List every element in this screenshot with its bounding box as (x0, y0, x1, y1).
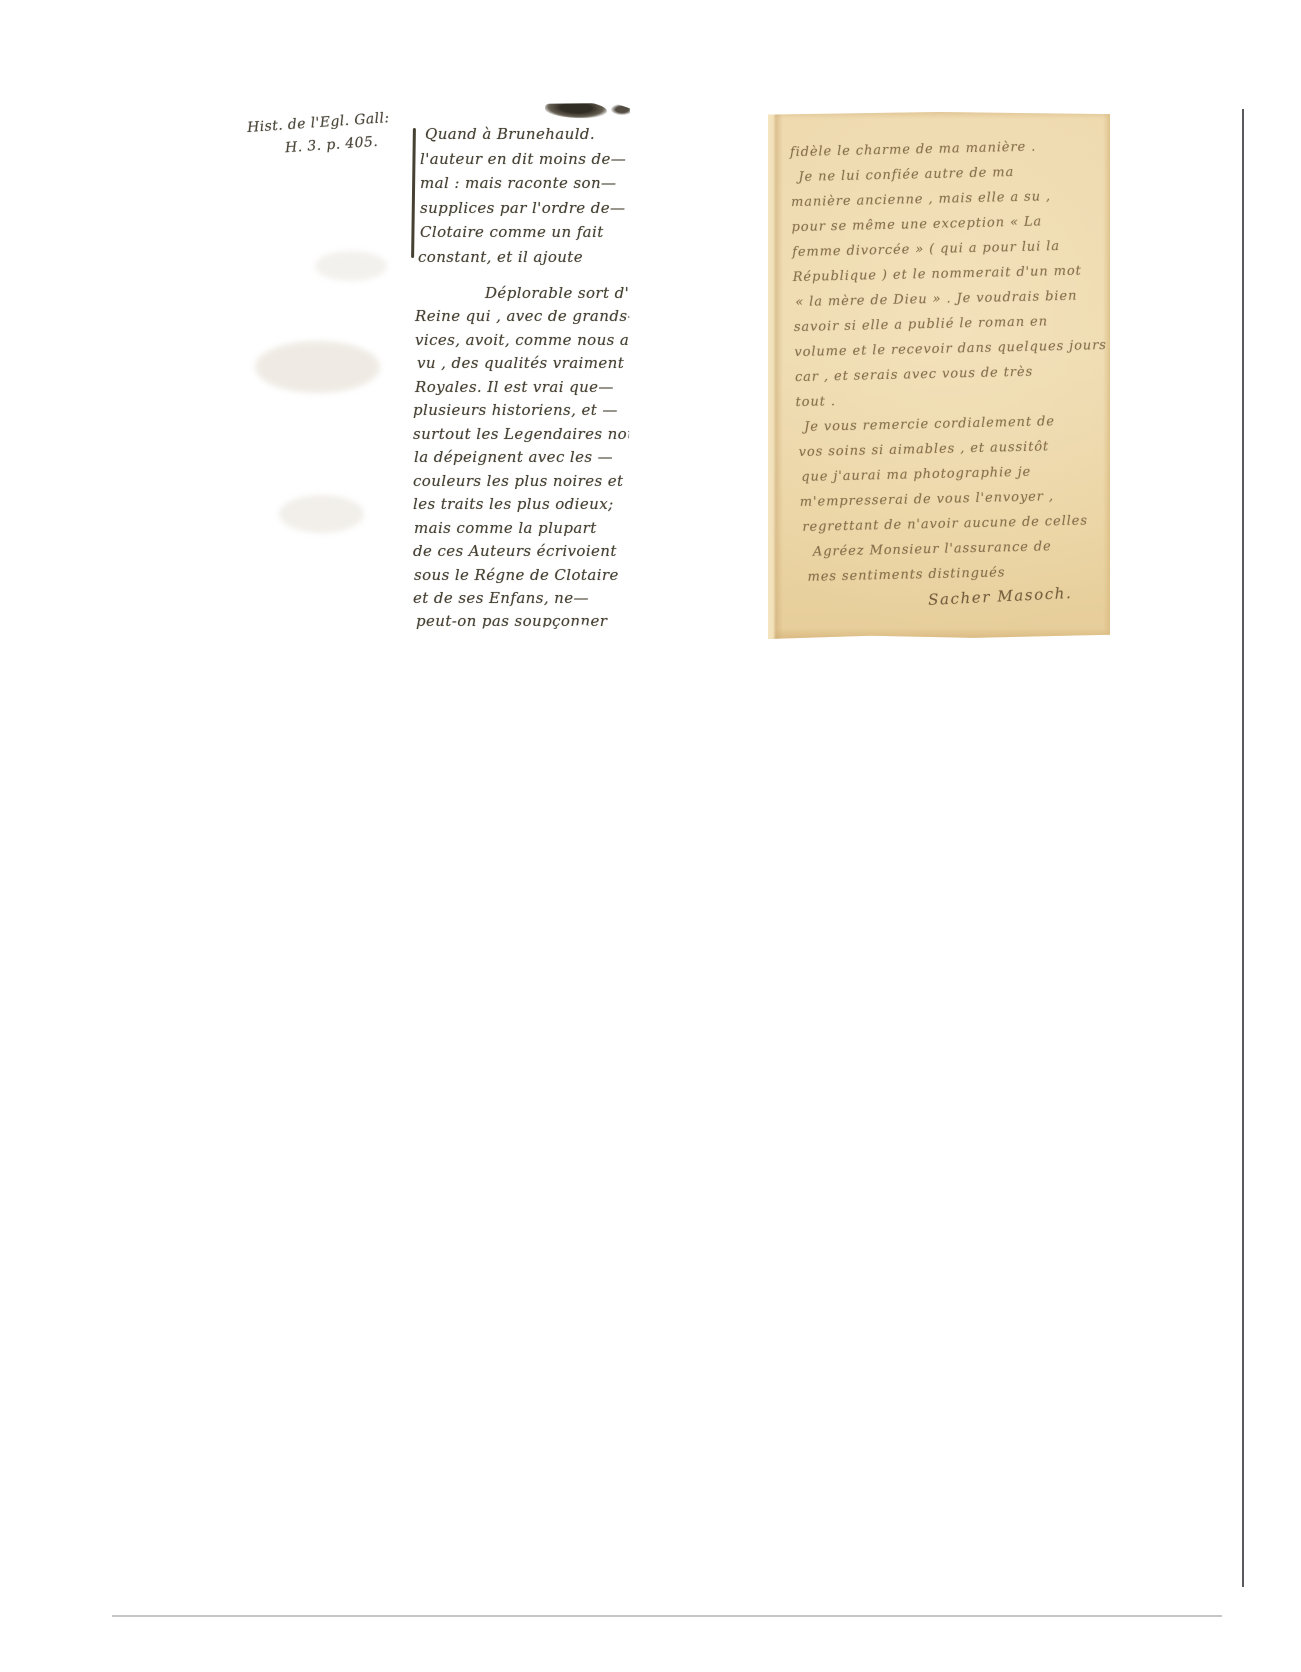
paper-smudge (279, 495, 364, 533)
handwritten-line: mal : mais raconte son— (420, 174, 616, 192)
handwritten-line: de ces Auteurs écrivoient (413, 542, 617, 560)
handwritten-line: mes sentiments distingués (807, 565, 1005, 584)
handwritten-line: plusieurs historiens, et — (413, 401, 618, 419)
handwritten-line: car , et serais avec vous de très (795, 365, 1033, 385)
handwritten-line: surtout les Legendaires nous (413, 425, 645, 443)
handwritten-line: volume et le recevoir dans quelques jour… (794, 338, 1117, 360)
handwritten-line: République ) et le nommerait d'un mot (793, 263, 1082, 285)
handwritten-line: vu , des qualités vraiment (417, 354, 624, 372)
ink-stain (545, 100, 608, 119)
left-manuscript-scan: Hist. de l'Egl. Gall: H. 3. p. 405. Quan… (227, 103, 630, 641)
handwritten-line: et de ses Enfans, ne— (413, 589, 589, 607)
handwritten-line: femme divorcée » ( qui a pour lui la (792, 239, 1060, 260)
handwritten-line: pour se même une exception « La (791, 214, 1042, 235)
right-vertical-rule (1242, 109, 1244, 1587)
margin-note-line: H. 3. p. 405. (285, 134, 379, 156)
handwritten-line: Je vous remercie cordialement de (804, 414, 1055, 435)
faded-handwriting-block: fidèle le charme de ma manière . Je ne l… (767, 105, 1121, 641)
ink-divider-stroke (411, 128, 415, 258)
handwritten-line: tout . (795, 394, 836, 410)
handwritten-line: regrettant de n'avoir aucune de celles (802, 513, 1088, 534)
margin-note-line: Hist. de l'Egl. Gall: (247, 110, 390, 136)
handwritten-line: m'empresserai de vous l'envoyer , (800, 489, 1054, 510)
handwritten-line: vos soins si aimables , et aussitôt (799, 439, 1050, 460)
handwritten-line: supplices par l'ordre de— (420, 199, 625, 217)
handwritten-line: couleurs les plus noires et (413, 472, 623, 490)
handwritten-line: l'auteur en dit moins de— (420, 150, 626, 168)
handwritten-line: la dépeignent avec les — (414, 448, 613, 466)
handwritten-line: constant, et il ajoute (418, 248, 583, 266)
paper-smudge (255, 341, 380, 393)
handwritten-line: Déplorable sort d'une (485, 284, 659, 302)
handwritten-line: Royales. Il est vrai que— (415, 378, 614, 396)
handwritten-line: que j'aurai ma photographie je (801, 465, 1031, 485)
handwritten-line: fidèle le charme de ma manière . (790, 139, 1037, 160)
handwritten-line: mais comme la plupart (414, 519, 597, 537)
handwritten-line: Agréez Monsieur l'assurance de (813, 539, 1052, 559)
handwritten-line: vices, avoit, comme nous avons, (415, 331, 671, 349)
handwritten-line: « la mère de Dieu » . Je voudrais bien (795, 289, 1077, 310)
paper-smudge (315, 251, 387, 281)
handwritten-line: Je ne lui confiée autre de ma (798, 165, 1014, 185)
ink-stain (611, 104, 633, 115)
handwritten-line: savoir si elle a publié le roman en (794, 314, 1048, 335)
handwritten-line: les traits les plus odieux; (413, 495, 614, 513)
handwritten-line: peut-on pas soupçonner (416, 612, 607, 630)
handwritten-line: Clotaire comme un fait (420, 223, 604, 241)
signature-sacher-masoch: Sacher Masoch. (928, 584, 1073, 609)
right-manuscript-scan: fidèle le charme de ma manière . Je ne l… (768, 112, 1110, 640)
handwritten-line: manière ancienne , mais elle a su , (791, 189, 1051, 210)
footer-horizontal-rule (112, 1615, 1222, 1617)
page-canvas: { "canvas": { "background": "#ffffff" },… (0, 0, 1301, 1672)
handwritten-line: Reine qui , avec de grands— (415, 307, 643, 325)
handwritten-line: sous le Régne de Clotaire (414, 566, 619, 584)
handwritten-line: Quand à Brunehauld. (425, 125, 595, 143)
